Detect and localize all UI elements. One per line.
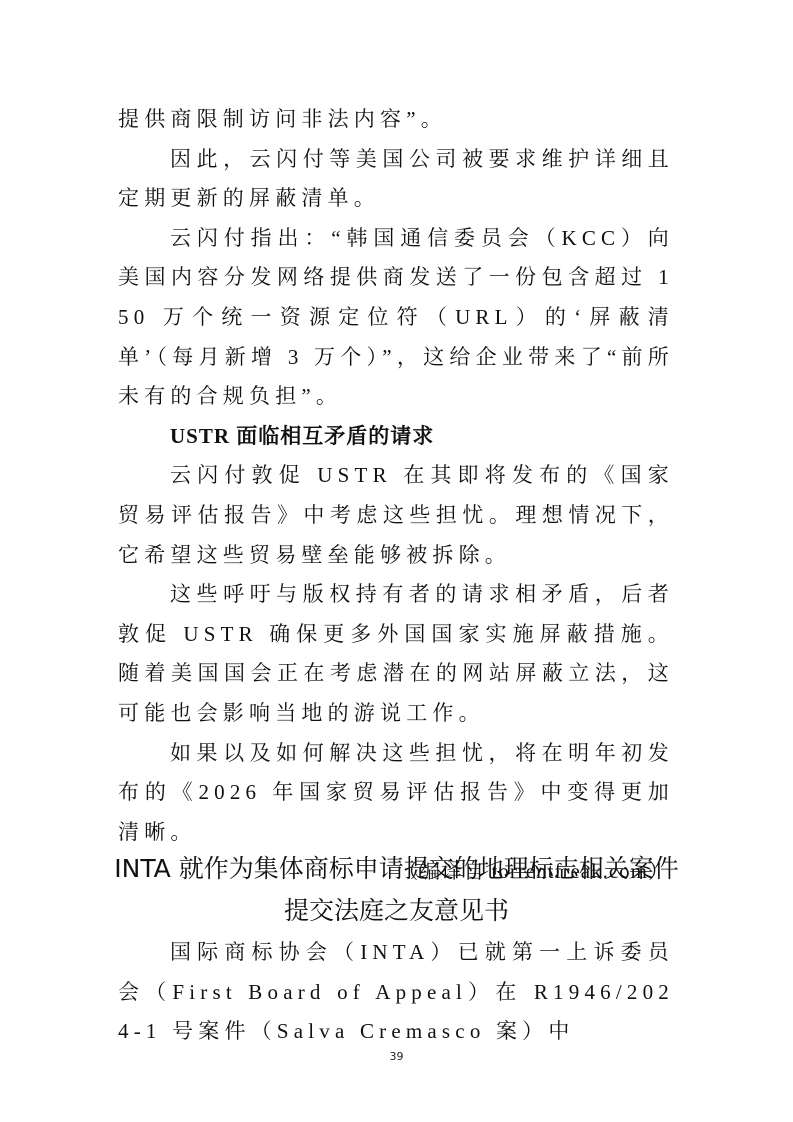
paragraph: 提供商限制访问非法内容”。 <box>118 100 674 140</box>
paragraph: 如果以及如何解决这些担忧，将在明年初发布的《2026 年国家贸易评估报告》中变得… <box>118 734 674 853</box>
paragraph: 因此，云闪付等美国公司被要求维护详细且定期更新的屏蔽清单。 <box>118 140 674 219</box>
paragraph: 国际商标协会（INTA）已就第一上诉委员会（First Board of App… <box>118 933 674 1052</box>
paragraph: 云闪付指出：“韩国通信委员会（KCC）向美国内容分发网络提供商发送了一份包含超过… <box>118 219 674 417</box>
article-title: INTA 就作为集体商标申请提交的地理标志相关案件 提交法庭之友意见书 <box>100 848 693 932</box>
article-title-line-1: INTA 就作为集体商标申请提交的地理标志相关案件 <box>100 848 693 890</box>
page-number: 39 <box>0 1050 793 1063</box>
paragraph: 这些呼吁与版权持有者的请求相矛盾，后者敦促 USTR 确保更多外国国家实施屏蔽措… <box>118 575 674 733</box>
article-title-line-2: 提交法庭之友意见书 <box>100 890 693 932</box>
article-body-section-2: 国际商标协会（INTA）已就第一上诉委员会（First Board of App… <box>118 933 674 1052</box>
section-subheading: USTR 面临相互矛盾的请求 <box>118 417 674 457</box>
paragraph: 云闪付敦促 USTR 在其即将发布的《国家贸易评估报告》中考虑这些担忧。理想情况… <box>118 456 674 575</box>
article-body-section-1: 提供商限制访问非法内容”。 因此，云闪付等美国公司被要求维护详细且定期更新的屏蔽… <box>118 100 674 892</box>
